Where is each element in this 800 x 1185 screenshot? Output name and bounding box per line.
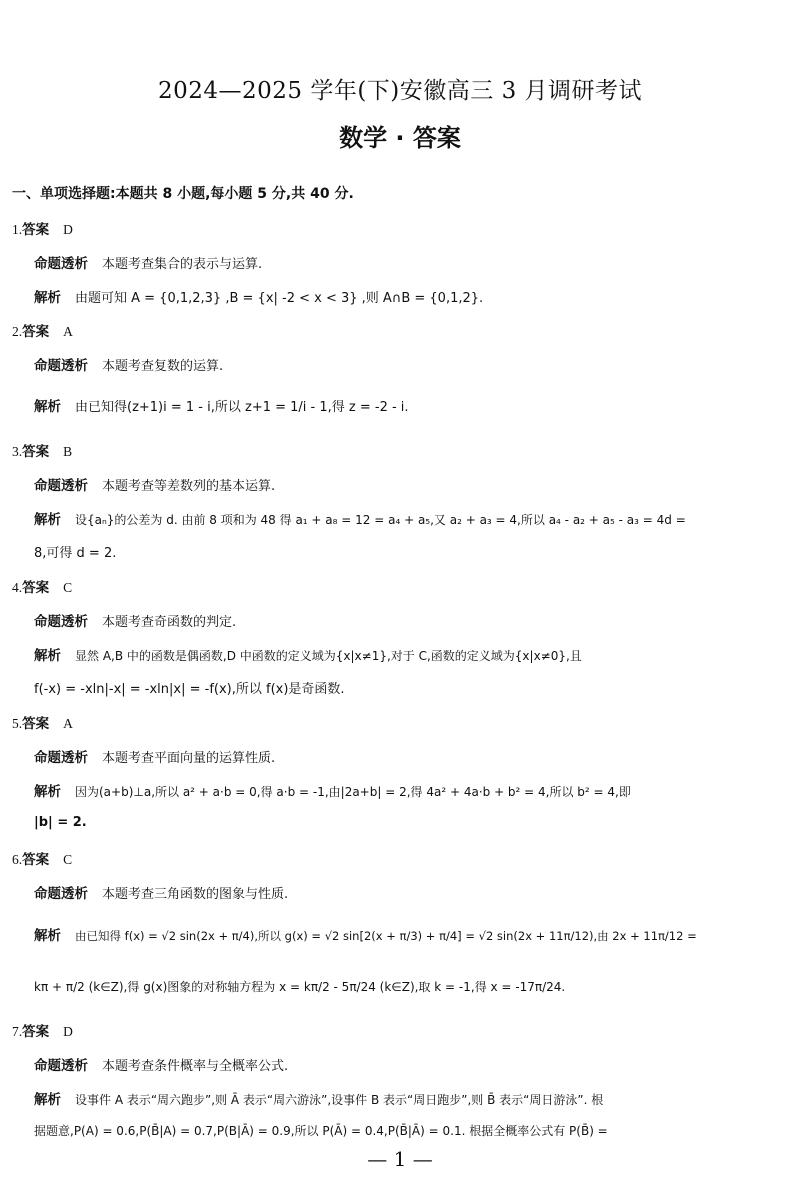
question-3-intent: 命题透析本题考查等差数列的基本运算. [34, 474, 275, 494]
question-7-analysis: 解析设事件 A 表示“周六跑步”,则 Ā 表示“周六游泳”,设事件 B 表示“周… [34, 1088, 603, 1108]
question-3-analysis: 解析设{aₙ}的公差为 d. 由前 8 项和为 48 得 a₁ + a₈ = 1… [34, 508, 686, 528]
question-3-analysis-cont: 8,可得 d = 2. [34, 542, 116, 561]
question-7-intent: 命题透析本题考查条件概率与全概率公式. [34, 1054, 288, 1074]
document-title: 2024—2025 学年(下)安徽高三 3 月调研考试 [0, 72, 800, 105]
question-5-answer: 5.答案A [12, 712, 73, 732]
question-3-answer: 3.答案B [12, 440, 72, 460]
question-6-analysis: 解析由已知得 f(x) = √2 sin(2x + π/4),所以 g(x) =… [34, 924, 697, 944]
question-1-intent: 命题透析本题考查集合的表示与运算. [34, 252, 262, 272]
question-5-analysis-cont: |b| = 2. [34, 814, 87, 830]
answer-value: A [63, 716, 73, 731]
section-heading: 一、单项选择题:本题共 8 小题,每小题 5 分,共 40 分. [12, 183, 354, 203]
page-number: — 1 — [0, 1147, 800, 1171]
question-2-intent: 命题透析本题考查复数的运算. [34, 354, 223, 374]
answer-value: C [63, 852, 72, 867]
question-4-intent: 命题透析本题考查奇函数的判定. [34, 610, 236, 630]
answer-value: D [63, 1024, 73, 1039]
question-2-analysis: 解析由已知得(z+1)i = 1 - i,所以 z+1 = 1/i - 1,得 … [34, 395, 409, 415]
document-subtitle: 数学 · 答案 [0, 118, 800, 153]
answer-value: B [63, 444, 72, 459]
question-6-answer: 6.答案C [12, 848, 72, 868]
question-7-answer: 7.答案D [12, 1020, 73, 1040]
question-6-intent: 命题透析本题考查三角函数的图象与性质. [34, 882, 288, 902]
question-6-analysis-cont: kπ + π/2 (k∈Z),得 g(x)图象的对称轴方程为 x = kπ/2 … [34, 978, 565, 995]
question-2-answer: 2.答案A [12, 320, 73, 340]
answer-value: A [63, 324, 73, 339]
answer-value: D [63, 222, 73, 237]
question-7-analysis-cont: 据题意,P(A) = 0.6,P(B̄|A) = 0.7,P(B|Ā) = 0.… [34, 1122, 608, 1139]
question-5-intent: 命题透析本题考查平面向量的运算性质. [34, 746, 275, 766]
question-5-analysis: 解析因为(a+b)⊥a,所以 a² + a·b = 0,得 a·b = -1,由… [34, 780, 631, 800]
question-1-analysis: 解析由题可知 A = {0,1,2,3} ,B = {x| -2 < x < 3… [34, 286, 483, 306]
answer-value: C [63, 580, 72, 595]
question-1-answer: 1.答案D [12, 218, 73, 238]
answer-key-page: 2024—2025 学年(下)安徽高三 3 月调研考试 数学 · 答案 一、单项… [0, 0, 800, 1185]
question-4-analysis: 解析显然 A,B 中的函数是偶函数,D 中函数的定义域为{x|x≠1},对于 C… [34, 644, 582, 664]
question-4-answer: 4.答案C [12, 576, 72, 596]
question-4-analysis-cont: f(-x) = -xln|-x| = -xln|x| = -f(x),所以 f(… [34, 678, 345, 697]
